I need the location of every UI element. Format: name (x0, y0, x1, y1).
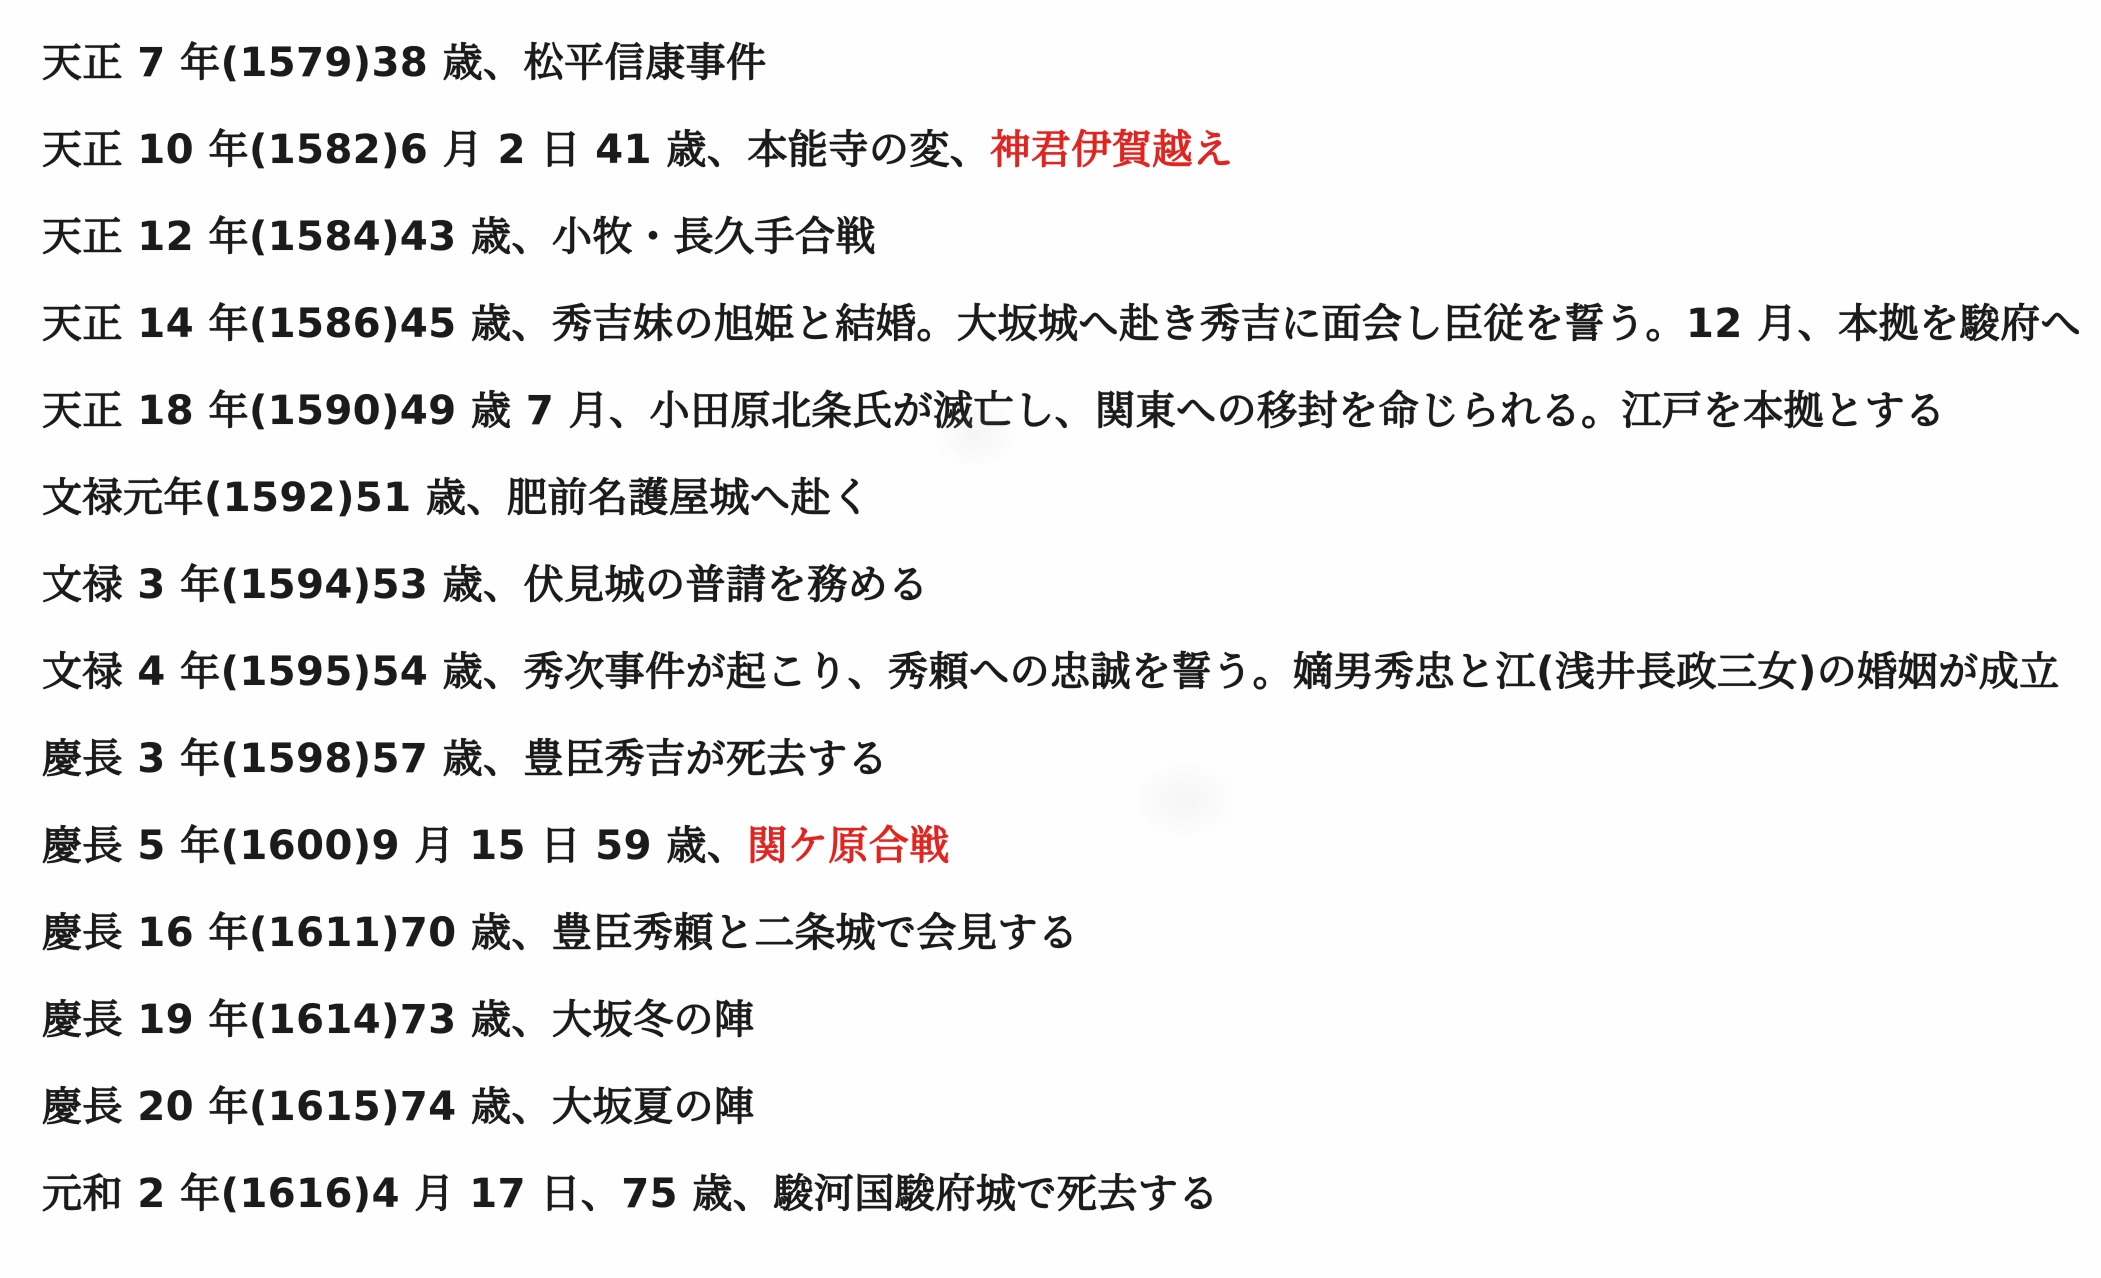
timeline-entry: 慶長 5 年(1600)9 月 15 日 59 歳、関ケ原合戦 (42, 803, 2061, 890)
entry-text: 天正 14 年(1586)45 歳、秀吉妹の旭姫と結婚。大坂城へ赴き秀吉に面会し… (42, 301, 2081, 347)
entry-text: 天正 7 年(1579)38 歳、松平信康事件 (42, 40, 767, 86)
entry-text: 文禄元年(1592)51 歳、肥前名護屋城へ赴く (42, 475, 871, 521)
timeline-entry: 天正 10 年(1582)6 月 2 日 41 歳、本能寺の変、神君伊賀越え (42, 107, 2061, 194)
entry-text: 文禄 4 年(1595)54 歳、秀次事件が起こり、秀頼への忠誠を誓う。嫡男秀忠… (42, 649, 2060, 695)
entry-text: 慶長 19 年(1614)73 歳、大坂冬の陣 (42, 997, 755, 1043)
timeline-entry: 天正 7 年(1579)38 歳、松平信康事件 (42, 20, 2061, 107)
entry-text: 慶長 5 年(1600)9 月 15 日 59 歳、 (42, 823, 747, 869)
entry-highlight-text: 神君伊賀越え (990, 127, 1233, 173)
timeline-entry: 天正 12 年(1584)43 歳、小牧・長久手合戦 (42, 194, 2061, 281)
timeline-entry: 文禄元年(1592)51 歳、肥前名護屋城へ赴く (42, 455, 2061, 542)
timeline-entry: 文禄 4 年(1595)54 歳、秀次事件が起こり、秀頼への忠誠を誓う。嫡男秀忠… (42, 629, 2061, 716)
timeline-entry: 天正 14 年(1586)45 歳、秀吉妹の旭姫と結婚。大坂城へ赴き秀吉に面会し… (42, 281, 2061, 368)
timeline-entry: 慶長 3 年(1598)57 歳、豊臣秀吉が死去する (42, 716, 2061, 803)
timeline-entry: 元和 2 年(1616)4 月 17 日、75 歳、駿河国駿府城で死去する (42, 1151, 2061, 1238)
entry-text: 天正 10 年(1582)6 月 2 日 41 歳、本能寺の変、 (42, 127, 990, 173)
entry-text: 天正 12 年(1584)43 歳、小牧・長久手合戦 (42, 214, 876, 260)
entry-text: 天正 18 年(1590)49 歳 7 月、小田原北条氏が滅亡し、関東への移封を… (42, 388, 1946, 434)
scanned-timeline-document: 天正 7 年(1579)38 歳、松平信康事件天正 10 年(1582)6 月 … (0, 0, 2101, 1278)
timeline-entry: 慶長 19 年(1614)73 歳、大坂冬の陣 (42, 977, 2061, 1064)
entry-highlight-text: 関ケ原合戦 (747, 823, 950, 869)
timeline-entry: 文禄 3 年(1594)53 歳、伏見城の普請を務める (42, 542, 2061, 629)
entry-text: 慶長 16 年(1611)70 歳、豊臣秀頼と二条城で会見する (42, 910, 1079, 956)
timeline-entry: 天正 18 年(1590)49 歳 7 月、小田原北条氏が滅亡し、関東への移封を… (42, 368, 2061, 455)
timeline-entries: 天正 7 年(1579)38 歳、松平信康事件天正 10 年(1582)6 月 … (42, 20, 2061, 1238)
entry-text: 文禄 3 年(1594)53 歳、伏見城の普請を務める (42, 562, 929, 608)
entry-text: 慶長 20 年(1615)74 歳、大坂夏の陣 (42, 1084, 755, 1130)
entry-text: 慶長 3 年(1598)57 歳、豊臣秀吉が死去する (42, 736, 888, 782)
timeline-entry: 慶長 20 年(1615)74 歳、大坂夏の陣 (42, 1064, 2061, 1151)
entry-text: 元和 2 年(1616)4 月 17 日、75 歳、駿河国駿府城で死去する (42, 1171, 1219, 1217)
timeline-entry: 慶長 16 年(1611)70 歳、豊臣秀頼と二条城で会見する (42, 890, 2061, 977)
